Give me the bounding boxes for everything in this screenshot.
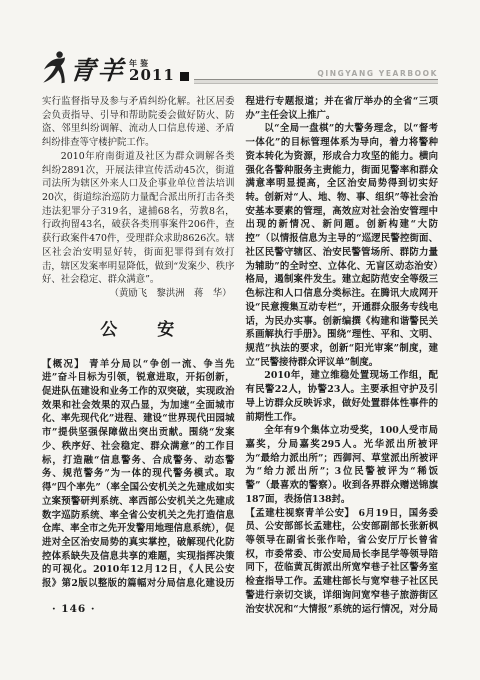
logo-year: 2011 <box>129 68 175 83</box>
dancer-logo-icon <box>42 50 68 84</box>
article-body: 实行监督指导及参与矛盾纠纷化解。社区居委会负责指导、引导和帮助院委会做好防火、防… <box>42 95 438 617</box>
logo-title: 青羊 <box>69 58 128 83</box>
entry-paragraph: 2010年，建立维稳处置现场工作组，配有民警22人，协警23人。主要承担守护及引… <box>246 369 439 424</box>
logo-year-block: 年鉴 2011 <box>129 59 175 83</box>
entry-paragraph: 以“全局一盘棋”的大警务理念，以“督考一体化”的目标管理体系为导向，着力将警种资… <box>246 122 439 369</box>
chapter-title: 公 安 <box>42 318 235 343</box>
page-header: 青羊 年鉴 2011 QINGYANG YEARBOOK <box>42 44 438 84</box>
page-number: · 146 · <box>52 603 96 615</box>
prev-entry-paragraph: 2010年府南街道及社区为群众调解各类纠纷2891次，开展法律宣传活动45次，街… <box>42 150 235 287</box>
logo-square-icon <box>180 72 189 81</box>
yearbook-logo: 青羊 年鉴 2011 <box>42 50 189 84</box>
yearbook-page: 青羊 年鉴 2011 QINGYANG YEARBOOK 实行监督指导及参与矛盾… <box>0 0 480 680</box>
header-rule <box>194 79 438 84</box>
byline: （黄励飞 黎洪洲 蒋 华） <box>42 287 235 301</box>
header-english-title: QINGYANG YEARBOOK <box>194 69 438 78</box>
entry-heading: 【概况】 <box>42 359 85 370</box>
entry-paragraph: 全年有9个集体立功受奖，100人受市局嘉奖，分局嘉奖295人。光华派出所被评为“… <box>246 424 439 506</box>
prev-entry-paragraph: 实行监督指导及参与矛盾纠纷化解。社区居委会负责指导、引导和帮助院委会做好防火、防… <box>42 95 235 150</box>
header-rule-area: QINGYANG YEARBOOK <box>194 69 438 84</box>
entry-heading: 【孟建柱视察青羊公安】 <box>246 508 355 519</box>
